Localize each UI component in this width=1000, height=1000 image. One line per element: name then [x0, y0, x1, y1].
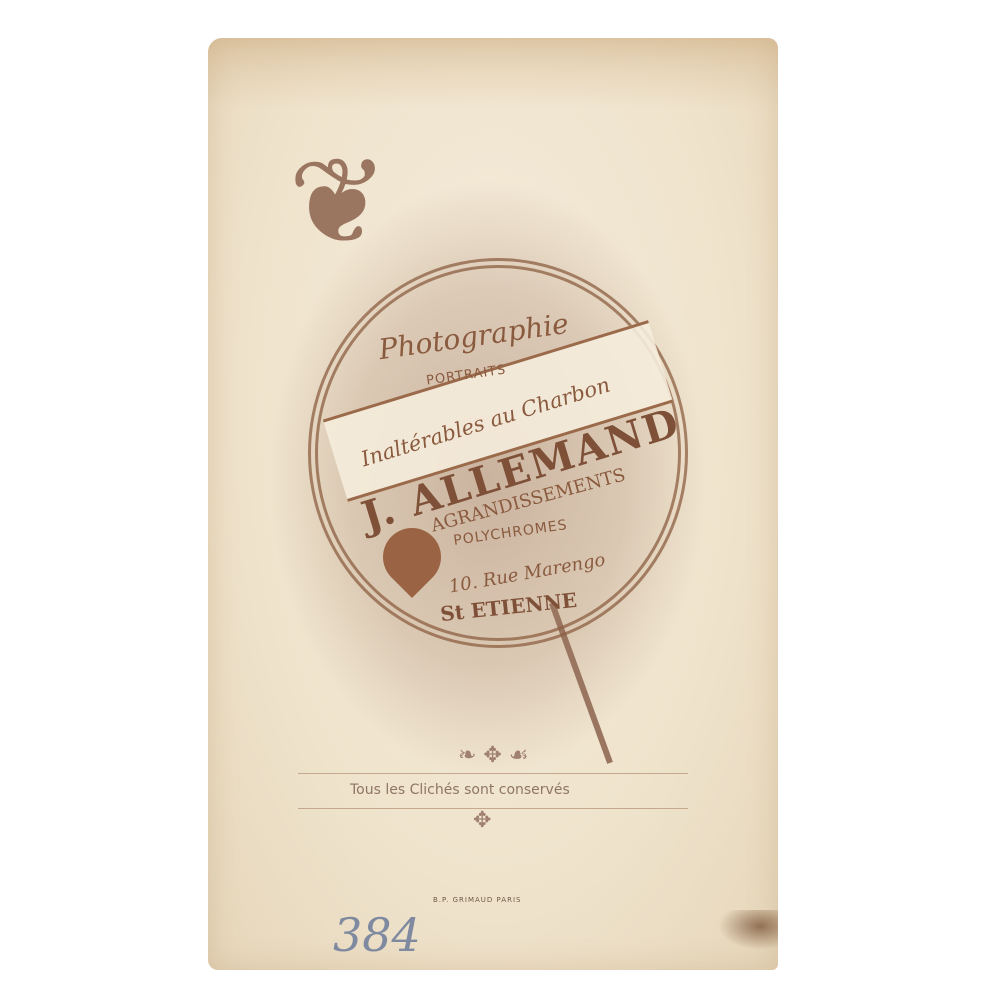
photo-card-back: ❦ Photographie PORTRAITS Inaltérables au…: [208, 38, 778, 970]
age-stain: [208, 38, 778, 108]
printer-mark: B.P. GRIMAUD PARIS: [433, 896, 521, 904]
ornament-top-icon: ❧ ✥ ☙: [458, 743, 529, 768]
divider-bottom: [298, 808, 688, 809]
divider-top: [298, 773, 688, 774]
corner-damage: [718, 910, 778, 950]
footer-text: Tous les Clichés sont conservés: [350, 782, 570, 798]
handwritten-number: 384: [333, 908, 421, 962]
ornament-bottom-icon: ✥: [473, 808, 491, 833]
